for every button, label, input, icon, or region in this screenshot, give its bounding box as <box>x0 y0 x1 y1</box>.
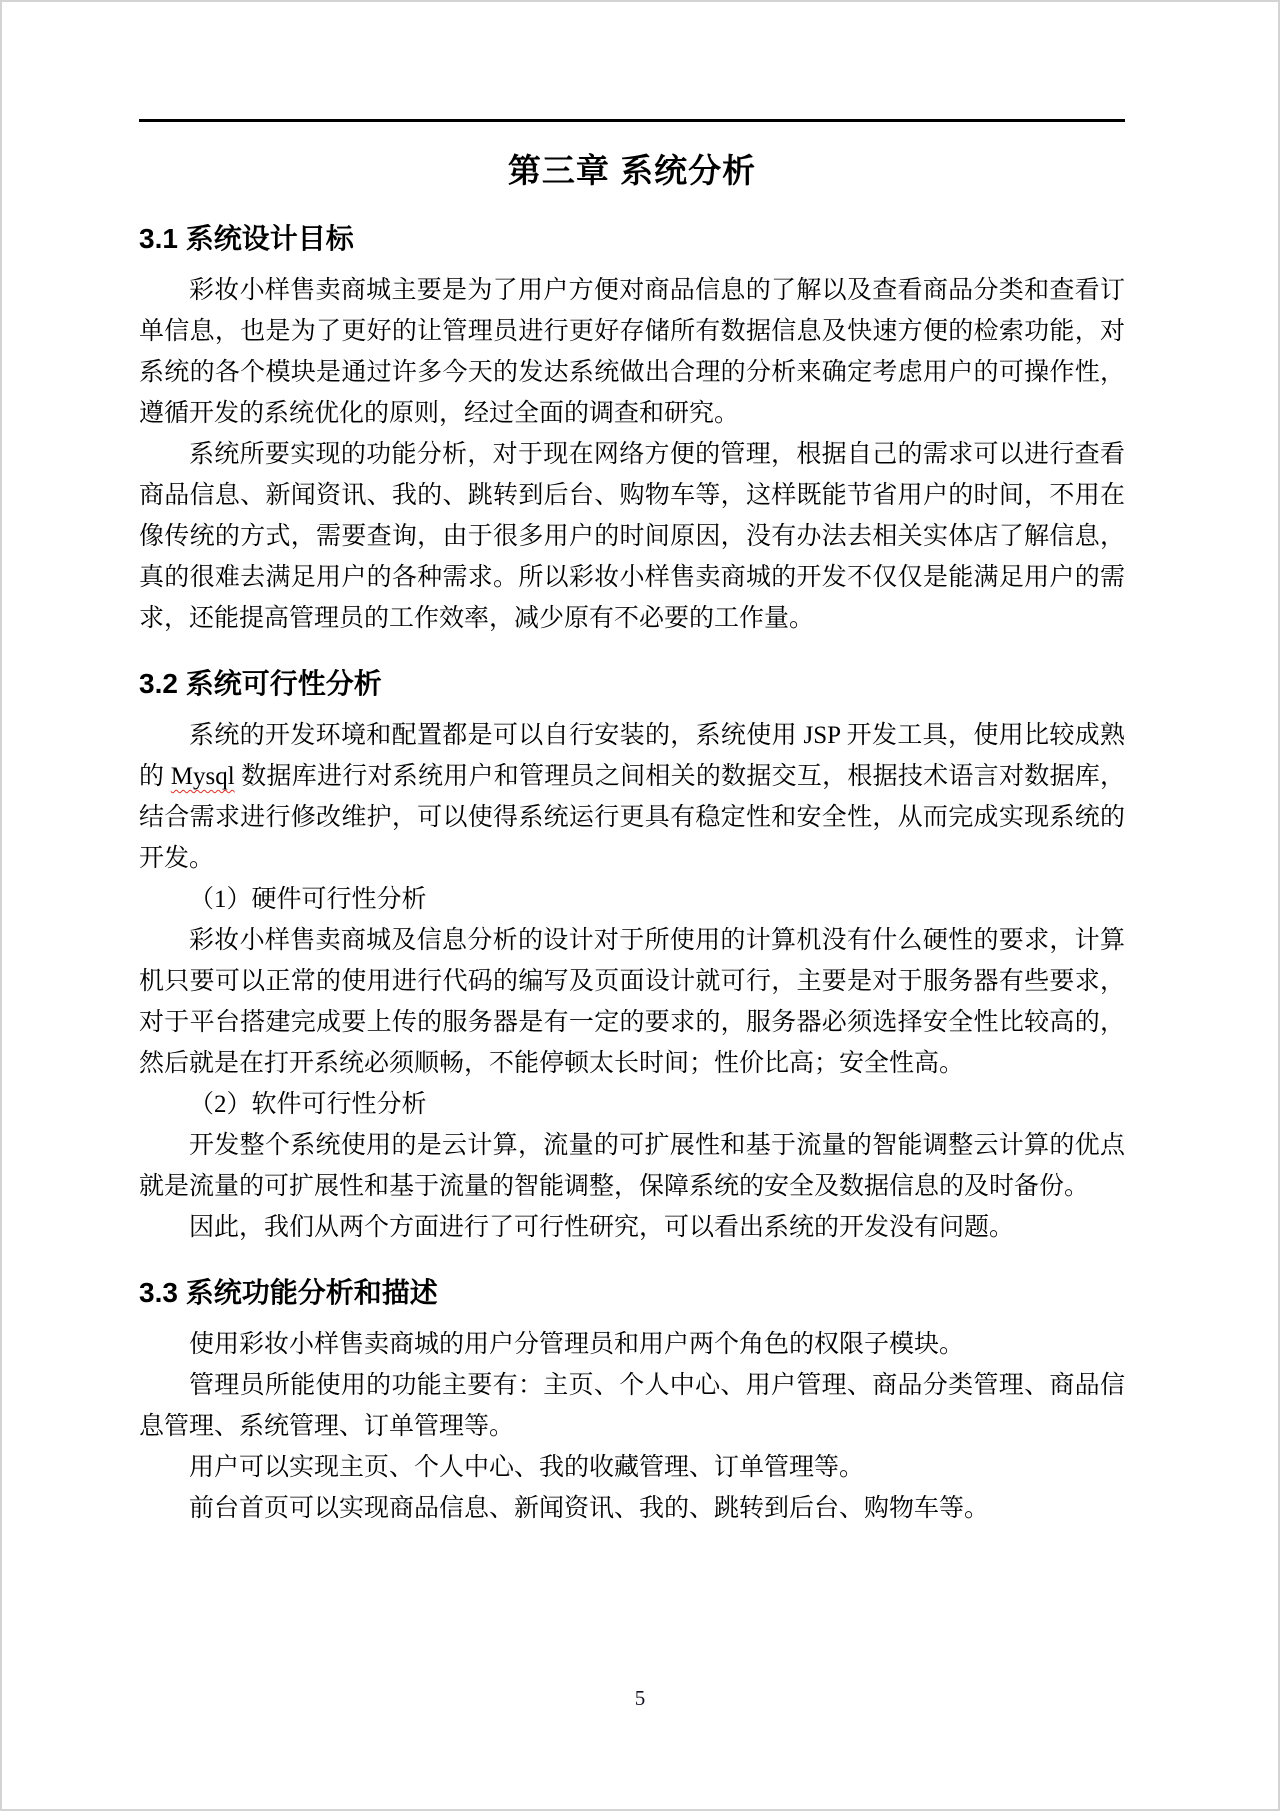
text-run: 彩妆小样售卖商城及信息分析的设计对于所使用的计算机没有什么硬性的要求，计算机只要… <box>139 927 1125 1077</box>
text-run: （2）软件可行性分析 <box>189 1091 427 1118</box>
text-run: 彩妆小样售卖商城主要是为了用户方便对商品信息的了解以及查看商品分类和查看订单信息… <box>139 277 1125 427</box>
misspelled-word: Mysql <box>171 763 235 790</box>
text-run: （1）硬件可行性分析 <box>189 886 427 913</box>
section-heading-3-1: 3.1 系统设计目标 <box>139 220 1125 258</box>
chapter-title: 第三章 系统分析 <box>139 148 1125 194</box>
paragraph: 用户可以实现主页、个人中心、我的收藏管理、订单管理等。 <box>139 1447 1125 1488</box>
paragraph: 系统所要实现的功能分析，对于现在网络方便的管理，根据自己的需求可以进行查看商品信… <box>139 434 1125 639</box>
page-content: 第三章 系统分析 3.1 系统设计目标彩妆小样售卖商城主要是为了用户方便对商品信… <box>2 119 1278 1529</box>
text-run: 前台首页可以实现商品信息、新闻资讯、我的、跳转到后台、购物车等。 <box>189 1495 989 1522</box>
paragraph: 开发整个系统使用的是云计算，流量的可扩展性和基于流量的智能调整云计算的优点就是流… <box>139 1125 1125 1207</box>
text-run: 使用彩妆小样售卖商城的用户分管理员和用户两个角色的权限子模块。 <box>189 1331 964 1358</box>
text-run: 管理员所能使用的功能主要有：主页、个人中心、用户管理、商品分类管理、商品信息管理… <box>139 1372 1125 1440</box>
section-heading-3-3: 3.3 系统功能分析和描述 <box>139 1274 1125 1312</box>
paragraph: 因此，我们从两个方面进行了可行性研究，可以看出系统的开发没有问题。 <box>139 1207 1125 1248</box>
section-heading-3-2: 3.2 系统可行性分析 <box>139 665 1125 703</box>
paragraph: 彩妆小样售卖商城主要是为了用户方便对商品信息的了解以及查看商品分类和查看订单信息… <box>139 270 1125 434</box>
paragraph: （1）硬件可行性分析 <box>139 879 1125 920</box>
paragraph: 使用彩妆小样售卖商城的用户分管理员和用户两个角色的权限子模块。 <box>139 1324 1125 1365</box>
paragraph: 管理员所能使用的功能主要有：主页、个人中心、用户管理、商品分类管理、商品信息管理… <box>139 1365 1125 1447</box>
page-number: 5 <box>635 1686 646 1710</box>
text-run: 数据库进行对系统用户和管理员之间相关的数据交互，根据技术语言对数据库，结合需求进… <box>139 763 1125 872</box>
paragraph: 彩妆小样售卖商城及信息分析的设计对于所使用的计算机没有什么硬性的要求，计算机只要… <box>139 920 1125 1084</box>
text-run: 系统所要实现的功能分析，对于现在网络方便的管理，根据自己的需求可以进行查看商品信… <box>139 441 1125 632</box>
header-rule <box>139 119 1125 122</box>
document-sections: 3.1 系统设计目标彩妆小样售卖商城主要是为了用户方便对商品信息的了解以及查看商… <box>139 220 1125 1529</box>
paragraph: 系统的开发环境和配置都是可以自行安装的，系统使用 JSP 开发工具，使用比较成熟… <box>139 715 1125 879</box>
paragraph: （2）软件可行性分析 <box>139 1084 1125 1125</box>
document-page: 第三章 系统分析 3.1 系统设计目标彩妆小样售卖商城主要是为了用户方便对商品信… <box>0 0 1280 1811</box>
paragraph: 前台首页可以实现商品信息、新闻资讯、我的、跳转到后台、购物车等。 <box>139 1488 1125 1529</box>
text-run: 开发整个系统使用的是云计算，流量的可扩展性和基于流量的智能调整云计算的优点就是流… <box>139 1132 1125 1200</box>
page-footer: 5 <box>2 1688 1278 1709</box>
text-run: 用户可以实现主页、个人中心、我的收藏管理、订单管理等。 <box>189 1454 864 1481</box>
text-run: 因此，我们从两个方面进行了可行性研究，可以看出系统的开发没有问题。 <box>189 1214 1014 1241</box>
